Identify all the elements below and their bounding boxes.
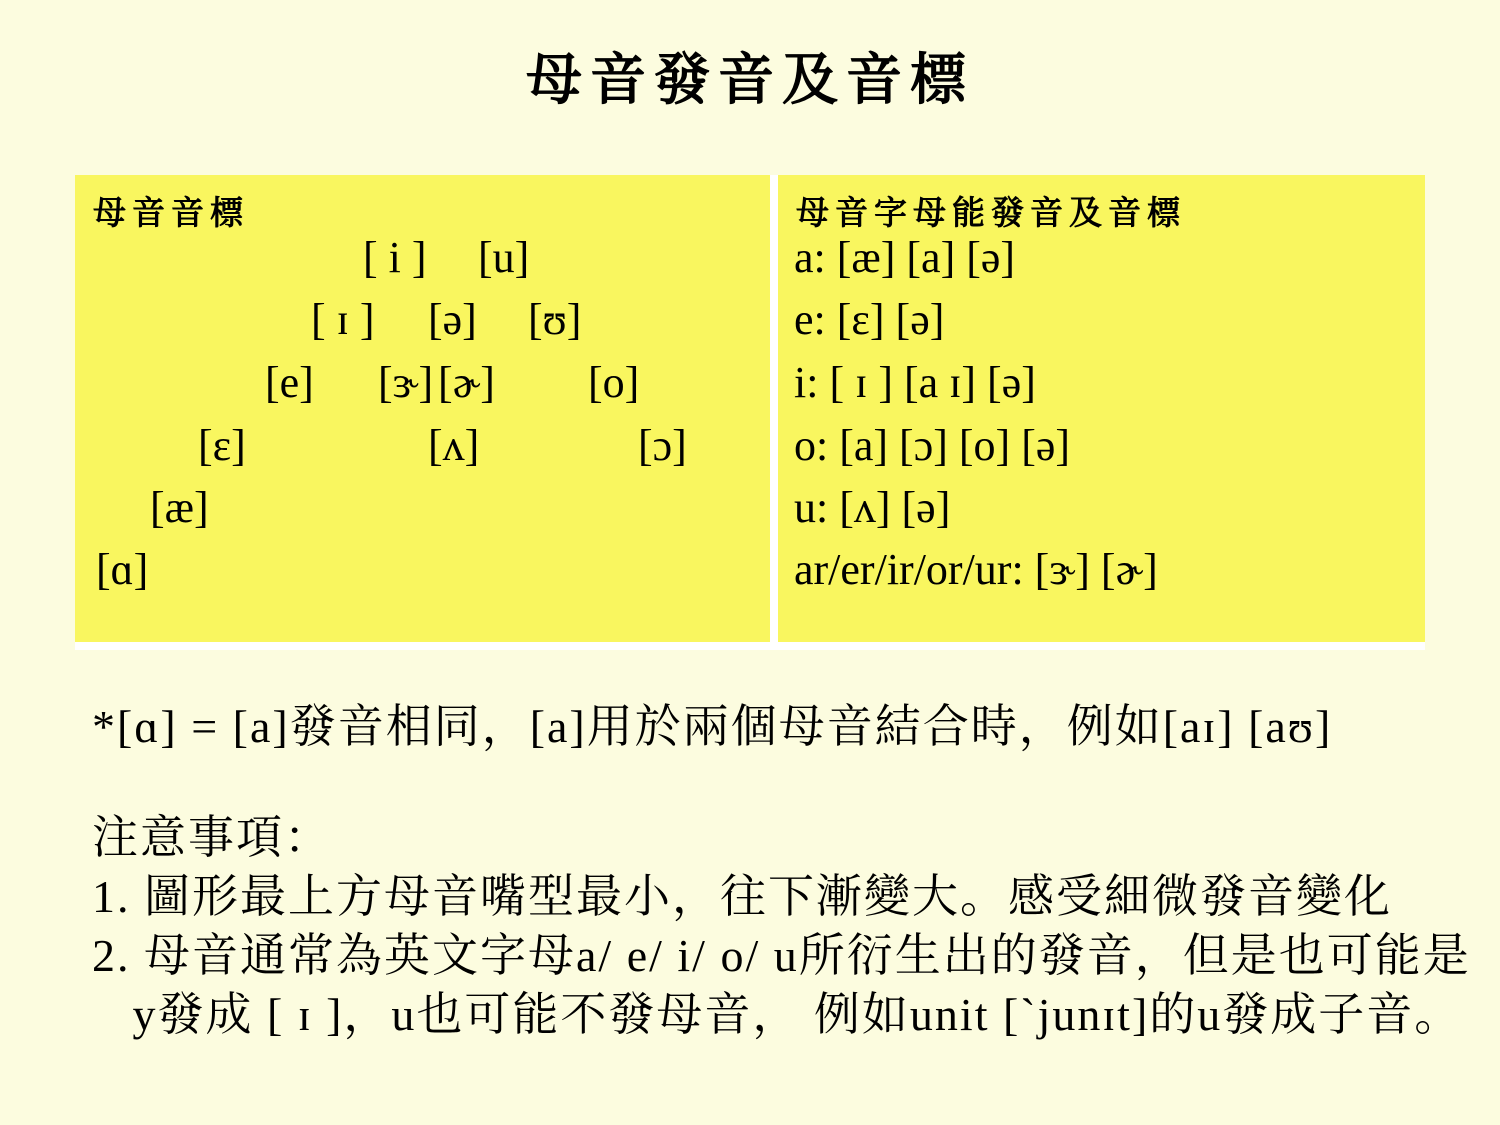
ipa-row-5: [æ] bbox=[75, 482, 770, 544]
footnote-a-equivalence: *[ɑ] = [a]發音相同，[a]用於兩個母音結合時，例如[aɪ] [aʊ] bbox=[92, 690, 1452, 756]
ipa-symbol: [e] bbox=[265, 357, 314, 408]
ipa-symbol: [ ɪ ] bbox=[311, 294, 375, 345]
letter-sound-line-i: i: [ ɪ ] [a ɪ] [ə] bbox=[794, 357, 1036, 408]
ipa-symbol: [o] bbox=[588, 357, 639, 408]
ipa-symbol: [ɛ] bbox=[198, 420, 246, 471]
vowel-symbols-header: 母音音標 bbox=[93, 187, 249, 234]
note-item-1: 1. 圖形最上方母音嘴型最小，往下漸變大。感受細微發音變化 bbox=[92, 867, 1472, 926]
ipa-symbol: [ʌ] bbox=[428, 420, 479, 471]
ipa-symbol: [ɚ] bbox=[438, 357, 495, 408]
letter-sound-line-e: e: [ɛ] [ə] bbox=[794, 294, 944, 345]
ipa-symbol: [u] bbox=[478, 232, 529, 283]
ipa-symbol: [ə] bbox=[428, 294, 477, 345]
letter-sound-line-u: u: [ʌ] [ə] bbox=[794, 482, 950, 533]
notes-heading: 注意事項： bbox=[92, 808, 1472, 867]
letter-sound-line-a: a: [æ] [a] [ə] bbox=[794, 232, 1015, 283]
ipa-row-4: [ɛ] [ʌ] [ɔ] bbox=[75, 420, 770, 482]
ipa-row-6: [ɑ] bbox=[75, 544, 770, 606]
ipa-symbol: [ʊ] bbox=[528, 294, 581, 345]
vowel-symbols-cell: 母音音標 [ i ] [u] [ ɪ ] [ə] [ʊ] [e] [ɝ] [ɚ]… bbox=[75, 175, 770, 642]
letter-sound-line-r-vowels: ar/er/ir/or/ur: [ɝ] [ɚ] bbox=[794, 544, 1158, 595]
ipa-symbol: [ɝ] bbox=[378, 357, 433, 408]
ipa-row-3: [e] [ɝ] [ɚ] [o] bbox=[75, 357, 770, 419]
slide-title: 母音發音及音標 bbox=[0, 36, 1500, 116]
ipa-symbol: [ i ] bbox=[363, 232, 427, 283]
letter-sounds-cell: 母音字母能發音及音標 a: [æ] [a] [ə] e: [ɛ] [ə] i: … bbox=[778, 175, 1425, 642]
notes-block: 注意事項： 1. 圖形最上方母音嘴型最小，往下漸變大。感受細微發音變化 2. 母… bbox=[92, 808, 1472, 1044]
note-item-2: 2. 母音通常為英文字母a/ e/ i/ o/ u所衍生出的發音，但是也可能是 bbox=[92, 926, 1472, 985]
ipa-symbol: [ɑ] bbox=[96, 544, 148, 595]
ipa-row-1: [ i ] [u] bbox=[75, 232, 770, 294]
slide: 母音發音及音標 母音音標 [ i ] [u] [ ɪ ] [ə] [ʊ] [e]… bbox=[0, 0, 1500, 1125]
letter-sounds-header: 母音字母能發音及音標 bbox=[796, 187, 1186, 234]
ipa-symbol: [æ] bbox=[150, 482, 209, 533]
letter-sound-line-o: o: [a] [ɔ] [o] [ə] bbox=[794, 420, 1070, 471]
note-item-2-continued: y發成 [ ɪ ]，u也可能不發母音， 例如unit [`junɪt]的u發成子… bbox=[92, 985, 1472, 1044]
vowel-chart-panel: 母音音標 [ i ] [u] [ ɪ ] [ə] [ʊ] [e] [ɝ] [ɚ]… bbox=[75, 175, 1425, 650]
ipa-row-2: [ ɪ ] [ə] [ʊ] bbox=[75, 294, 770, 356]
ipa-symbol: [ɔ] bbox=[638, 420, 687, 471]
